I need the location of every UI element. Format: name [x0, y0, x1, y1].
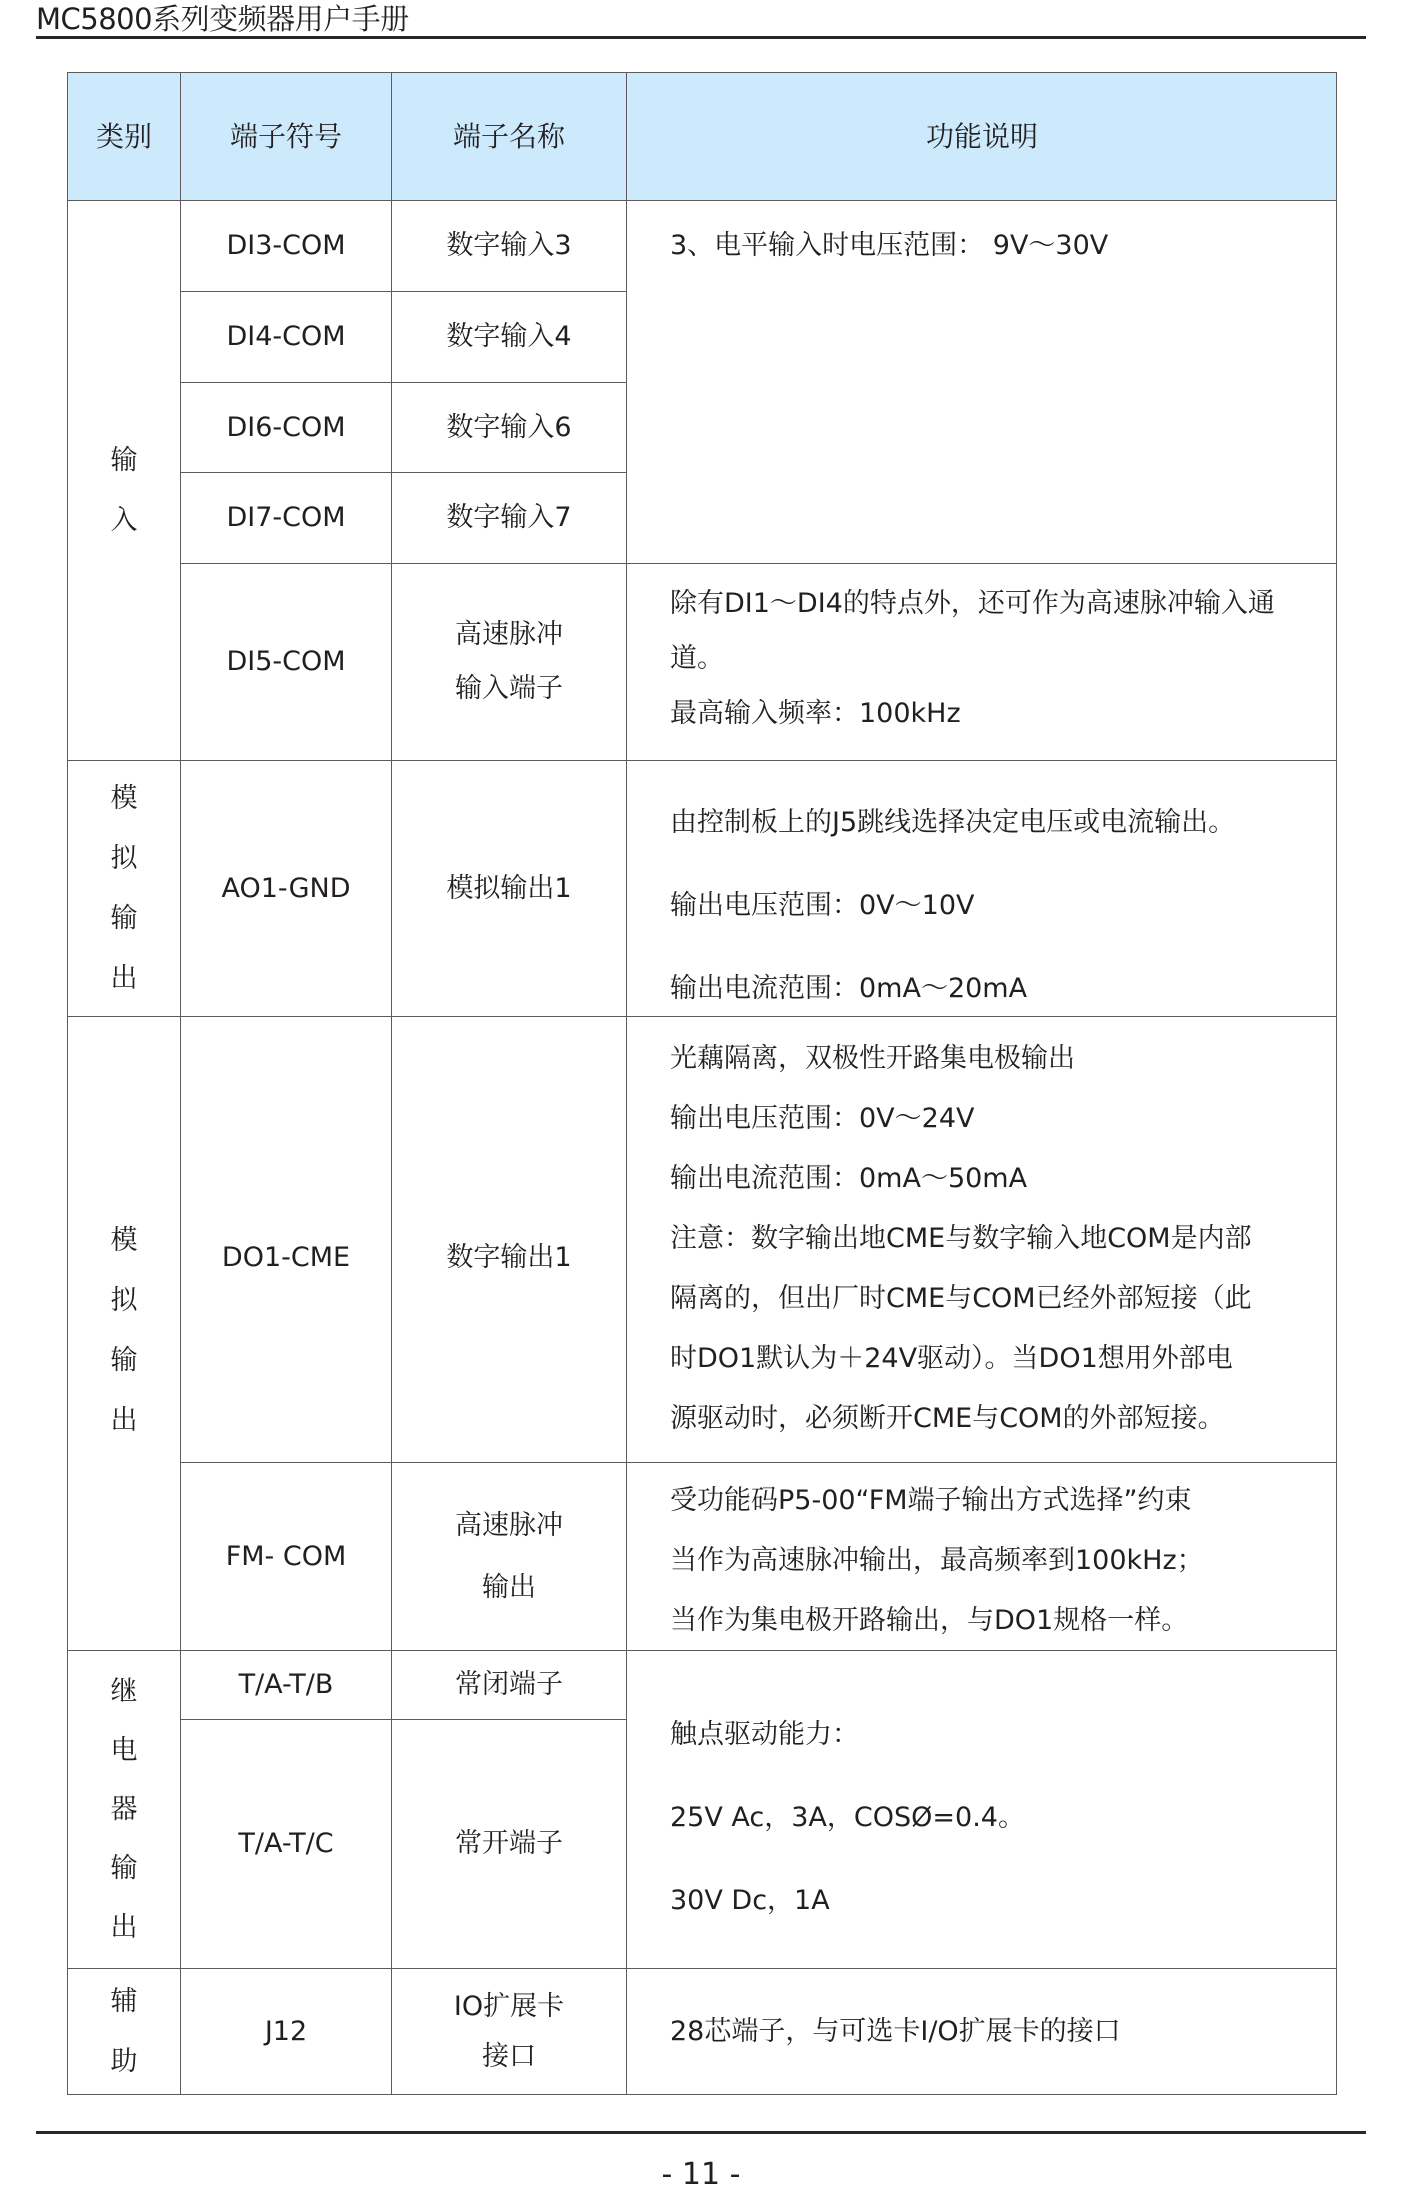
- table-row-name: 数字输入7: [391, 472, 626, 563]
- footer-rule: [36, 2131, 1366, 2134]
- table-row-symbol: DI5-COM: [180, 563, 391, 760]
- table-row-symbol: DI6-COM: [180, 382, 391, 472]
- table-row-name: 数字输入4: [391, 291, 626, 382]
- table-row-name: 高速脉冲 输入端子: [391, 563, 626, 760]
- table-row-symbol: DO1-CME: [180, 1016, 391, 1462]
- table-row-name: 高速脉冲 输出: [391, 1462, 626, 1650]
- table-row-symbol: DI3-COM: [180, 200, 391, 291]
- table-row-name: IO扩展卡 接口: [391, 1968, 626, 2094]
- table-row-name: 数字输入6: [391, 382, 626, 472]
- description-di5: 除有DI1～DI4的特点外，还可作为高速脉冲输入通 道。 最高输入频率：100k…: [626, 563, 1337, 760]
- table-row-symbol: J12: [180, 1968, 391, 2094]
- description-relay: 触点驱动能力： 25V Ac，3A，COSØ=0.4。 30V Dc，1A: [626, 1650, 1337, 1968]
- table-row-name: 数字输出1: [391, 1016, 626, 1462]
- table-row-symbol: FM- COM: [180, 1462, 391, 1650]
- table-row-name: 常开端子: [391, 1719, 626, 1968]
- column-header-name: 端子名称: [391, 72, 626, 200]
- table-row-name: 模拟输出1: [391, 760, 626, 1016]
- column-header-description: 功能说明: [626, 72, 1337, 200]
- page-header-title: MC5800系列变频器用户手册: [36, 2, 409, 36]
- category-digital-output: 模 拟 输 出: [67, 1016, 180, 1650]
- table-row-symbol: AO1-GND: [180, 760, 391, 1016]
- column-header-symbol: 端子符号: [180, 72, 391, 200]
- category-input: 输 入: [67, 200, 180, 760]
- category-analog-output: 模 拟 输 出: [67, 760, 180, 1016]
- header-rule: [36, 36, 1366, 39]
- page-number: - 11 -: [0, 2158, 1402, 2185]
- table-row-symbol: T/A-T/B: [180, 1650, 391, 1719]
- category-auxiliary: 辅 助: [67, 1968, 180, 2094]
- description-ao1: 由控制板上的J5跳线选择决定电压或电流输出。 输出电压范围：0V～10V 输出电…: [626, 760, 1337, 1016]
- table-row-symbol: DI7-COM: [180, 472, 391, 563]
- column-header-category: 类别: [67, 72, 180, 200]
- description-j12: 28芯端子，与可选卡I/O扩展卡的接口: [626, 1968, 1337, 2094]
- table-row-symbol: T/A-T/C: [180, 1719, 391, 1968]
- description-fm: 受功能码P5-00“FM端子输出方式选择”约束 当作为高速脉冲输出，最高频率到1…: [626, 1462, 1337, 1650]
- table-row-symbol: DI4-COM: [180, 291, 391, 382]
- category-relay-output: 继 电 器 输 出: [67, 1650, 180, 1968]
- description-do1: 光藕隔离，双极性开路集电极输出 输出电压范围：0V～24V 输出电流范围：0mA…: [626, 1016, 1337, 1462]
- table-row-name: 常闭端子: [391, 1650, 626, 1719]
- description-di-level: 3、电平输入时电压范围： 9V～30V: [626, 200, 1337, 563]
- table-row-name: 数字输入3: [391, 200, 626, 291]
